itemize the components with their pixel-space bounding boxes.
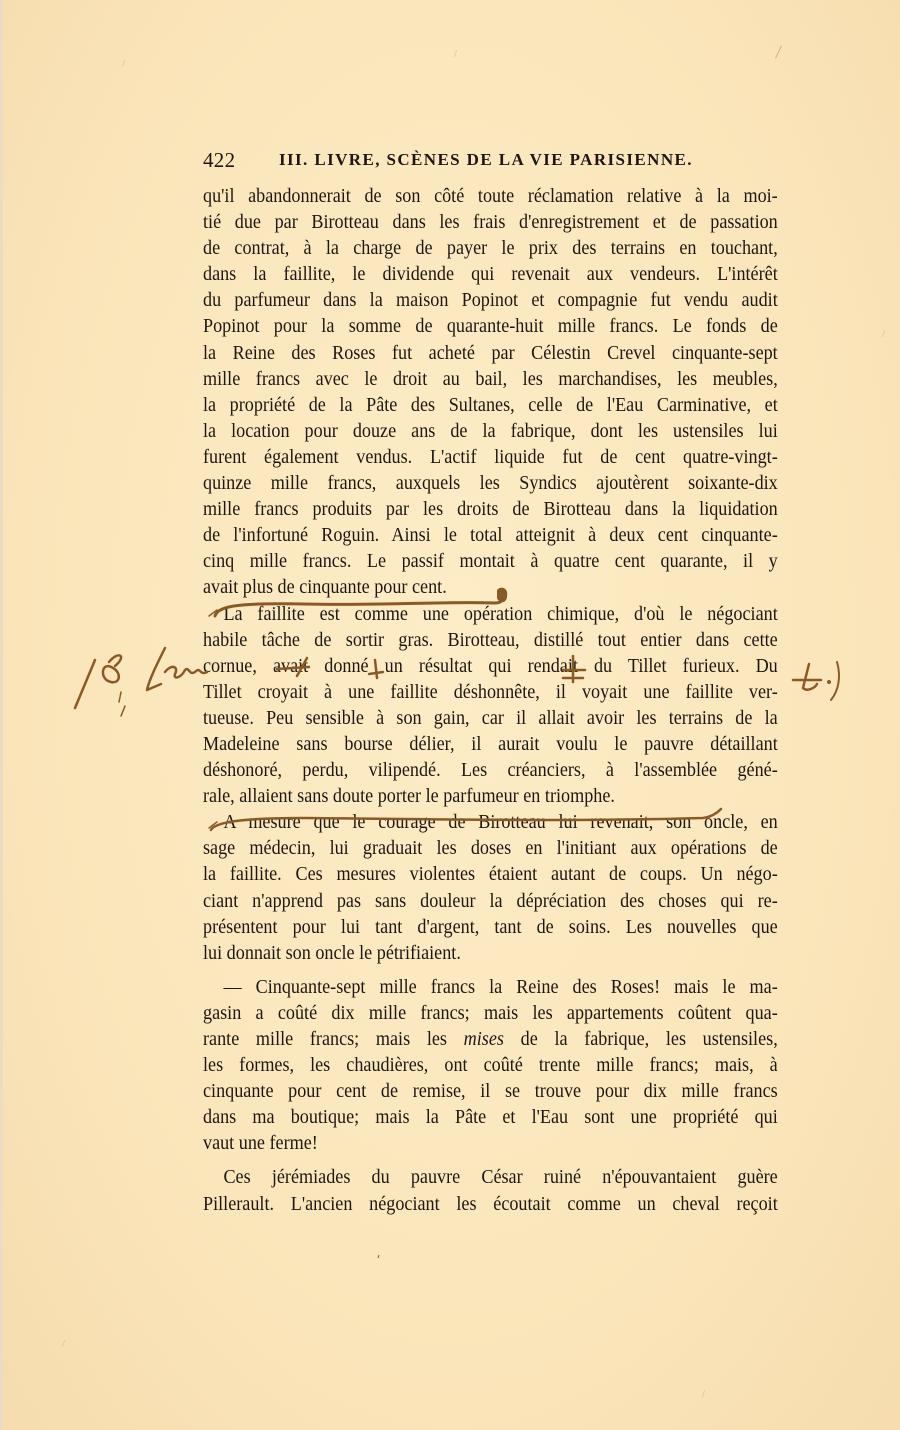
left-margin-note (75, 648, 207, 716)
text-line: dans la faillite, le dividende qui reven… (203, 262, 778, 288)
right-margin-note (793, 662, 839, 700)
text-line: Ces jérémiades du pauvre César ruiné n'é… (203, 1165, 778, 1191)
text-line: présentent pour lui tant d'argent, tant … (203, 915, 778, 941)
page-number: 422 (203, 148, 235, 173)
text-line: cinq mille francs. Le passif montait à q… (203, 549, 778, 575)
text-line: habile tâche de sortir gras. Birotteau, … (203, 628, 778, 654)
text-line: A mesure que le courage de Birotteau lui… (203, 810, 778, 836)
text-line: mille francs produits par les droits de … (203, 497, 778, 523)
paper-fleck (378, 1255, 380, 1258)
text-line: déshonoré, perdu, vilipendé. Les créanci… (203, 758, 778, 784)
paper-fleck (775, 45, 782, 58)
text-line: Popinot pour la somme de quarante-huit m… (203, 314, 778, 340)
text-line: dans ma boutique; mais la Pâte et l'Eau … (203, 1105, 778, 1131)
paragraph: Ces jérémiades du pauvre César ruiné n'é… (203, 1165, 738, 1217)
text-line: La faillite est comme une opération chim… (203, 602, 778, 628)
text-line: qu'il abandonnerait de son côté toute ré… (203, 184, 778, 210)
paragraph-dialogue: — Cinquante-sept mille francs la Reine d… (203, 975, 738, 1158)
text-line: Tillet croyait à une faillite déshonnête… (203, 680, 778, 706)
text-line-with-corrections: cornue, avait donné un résultat qui rend… (203, 654, 778, 680)
text-line: rante mille francs; mais les mises de la… (203, 1027, 778, 1053)
text-line: les formes, les chaudières, ont coûté tr… (203, 1053, 778, 1079)
paragraph: qu'il abandonnerait de son côté toute ré… (203, 184, 738, 602)
text-line: cinquante pour cent de remise, il se tro… (203, 1079, 778, 1105)
text-line: tié due par Birotteau dans les frais d'e… (203, 210, 778, 236)
paper-fleck (122, 60, 125, 67)
text-line: mille francs avec le droit au bail, les … (203, 367, 778, 393)
running-header: 422 III. LIVRE, SCÈNES DE LA VIE PARISIE… (203, 148, 783, 178)
text-line: ciant n'apprend pas sans douleur la dépr… (203, 889, 778, 915)
italic-word: mises (464, 1029, 504, 1050)
text-line: — Cinquante-sept mille francs la Reine d… (203, 975, 778, 1001)
text-line: Madeleine sans bourse délier, il aurait … (203, 732, 778, 758)
text-line: la propriété de la Pâte des Sultanes, ce… (203, 393, 778, 419)
scanned-book-page: 422 III. LIVRE, SCÈNES DE LA VIE PARISIE… (0, 0, 900, 1430)
paper-fleck (882, 330, 885, 337)
text-line: furent également vendus. L'actif liquide… (203, 445, 778, 471)
text-line: vaut une ferme! (203, 1131, 778, 1157)
text-line: sage médecin, lui graduait les doses en … (203, 836, 778, 862)
text-line: lui donnait son oncle le pétrifiaient. (203, 941, 778, 967)
text-line: Pillerault. L'ancien négociant les écout… (203, 1192, 778, 1218)
text-line: gasin a coûté dix mille francs; mais les… (203, 1001, 778, 1027)
body-text: qu'il abandonnerait de son côté toute ré… (203, 184, 738, 1218)
paper-fleck (454, 50, 457, 57)
text-line: la faillite. Ces mesures violentes étaie… (203, 862, 778, 888)
text-line: de contrat, à la charge de payer le prix… (203, 236, 778, 262)
text-line: tueuse. Peu sensible à son gain, car il … (203, 706, 778, 732)
text-line-underlined: avait plus de cinquante pour cent. (203, 575, 778, 601)
paper-fleck (62, 1340, 65, 1347)
paragraph: A mesure que le courage de Birotteau lui… (203, 810, 738, 967)
running-title: III. LIVRE, SCÈNES DE LA VIE PARISIENNE. (279, 150, 693, 170)
paper-fleck (702, 1390, 705, 1397)
paragraph: La faillite est comme une opération chim… (203, 602, 738, 811)
text-line: du parfumeur dans la maison Popinot et c… (203, 288, 778, 314)
text-line: quinze mille francs, auxquels les Syndic… (203, 471, 778, 497)
text-line: la Reine des Roses fut acheté par Célest… (203, 341, 778, 367)
text-line: de l'infortuné Roguin. Ainsi le total at… (203, 523, 778, 549)
text-line: la location pour douze ans de la fabriqu… (203, 419, 778, 445)
text-line-underlined: rale, allaient sans doute porter le parf… (203, 784, 778, 810)
